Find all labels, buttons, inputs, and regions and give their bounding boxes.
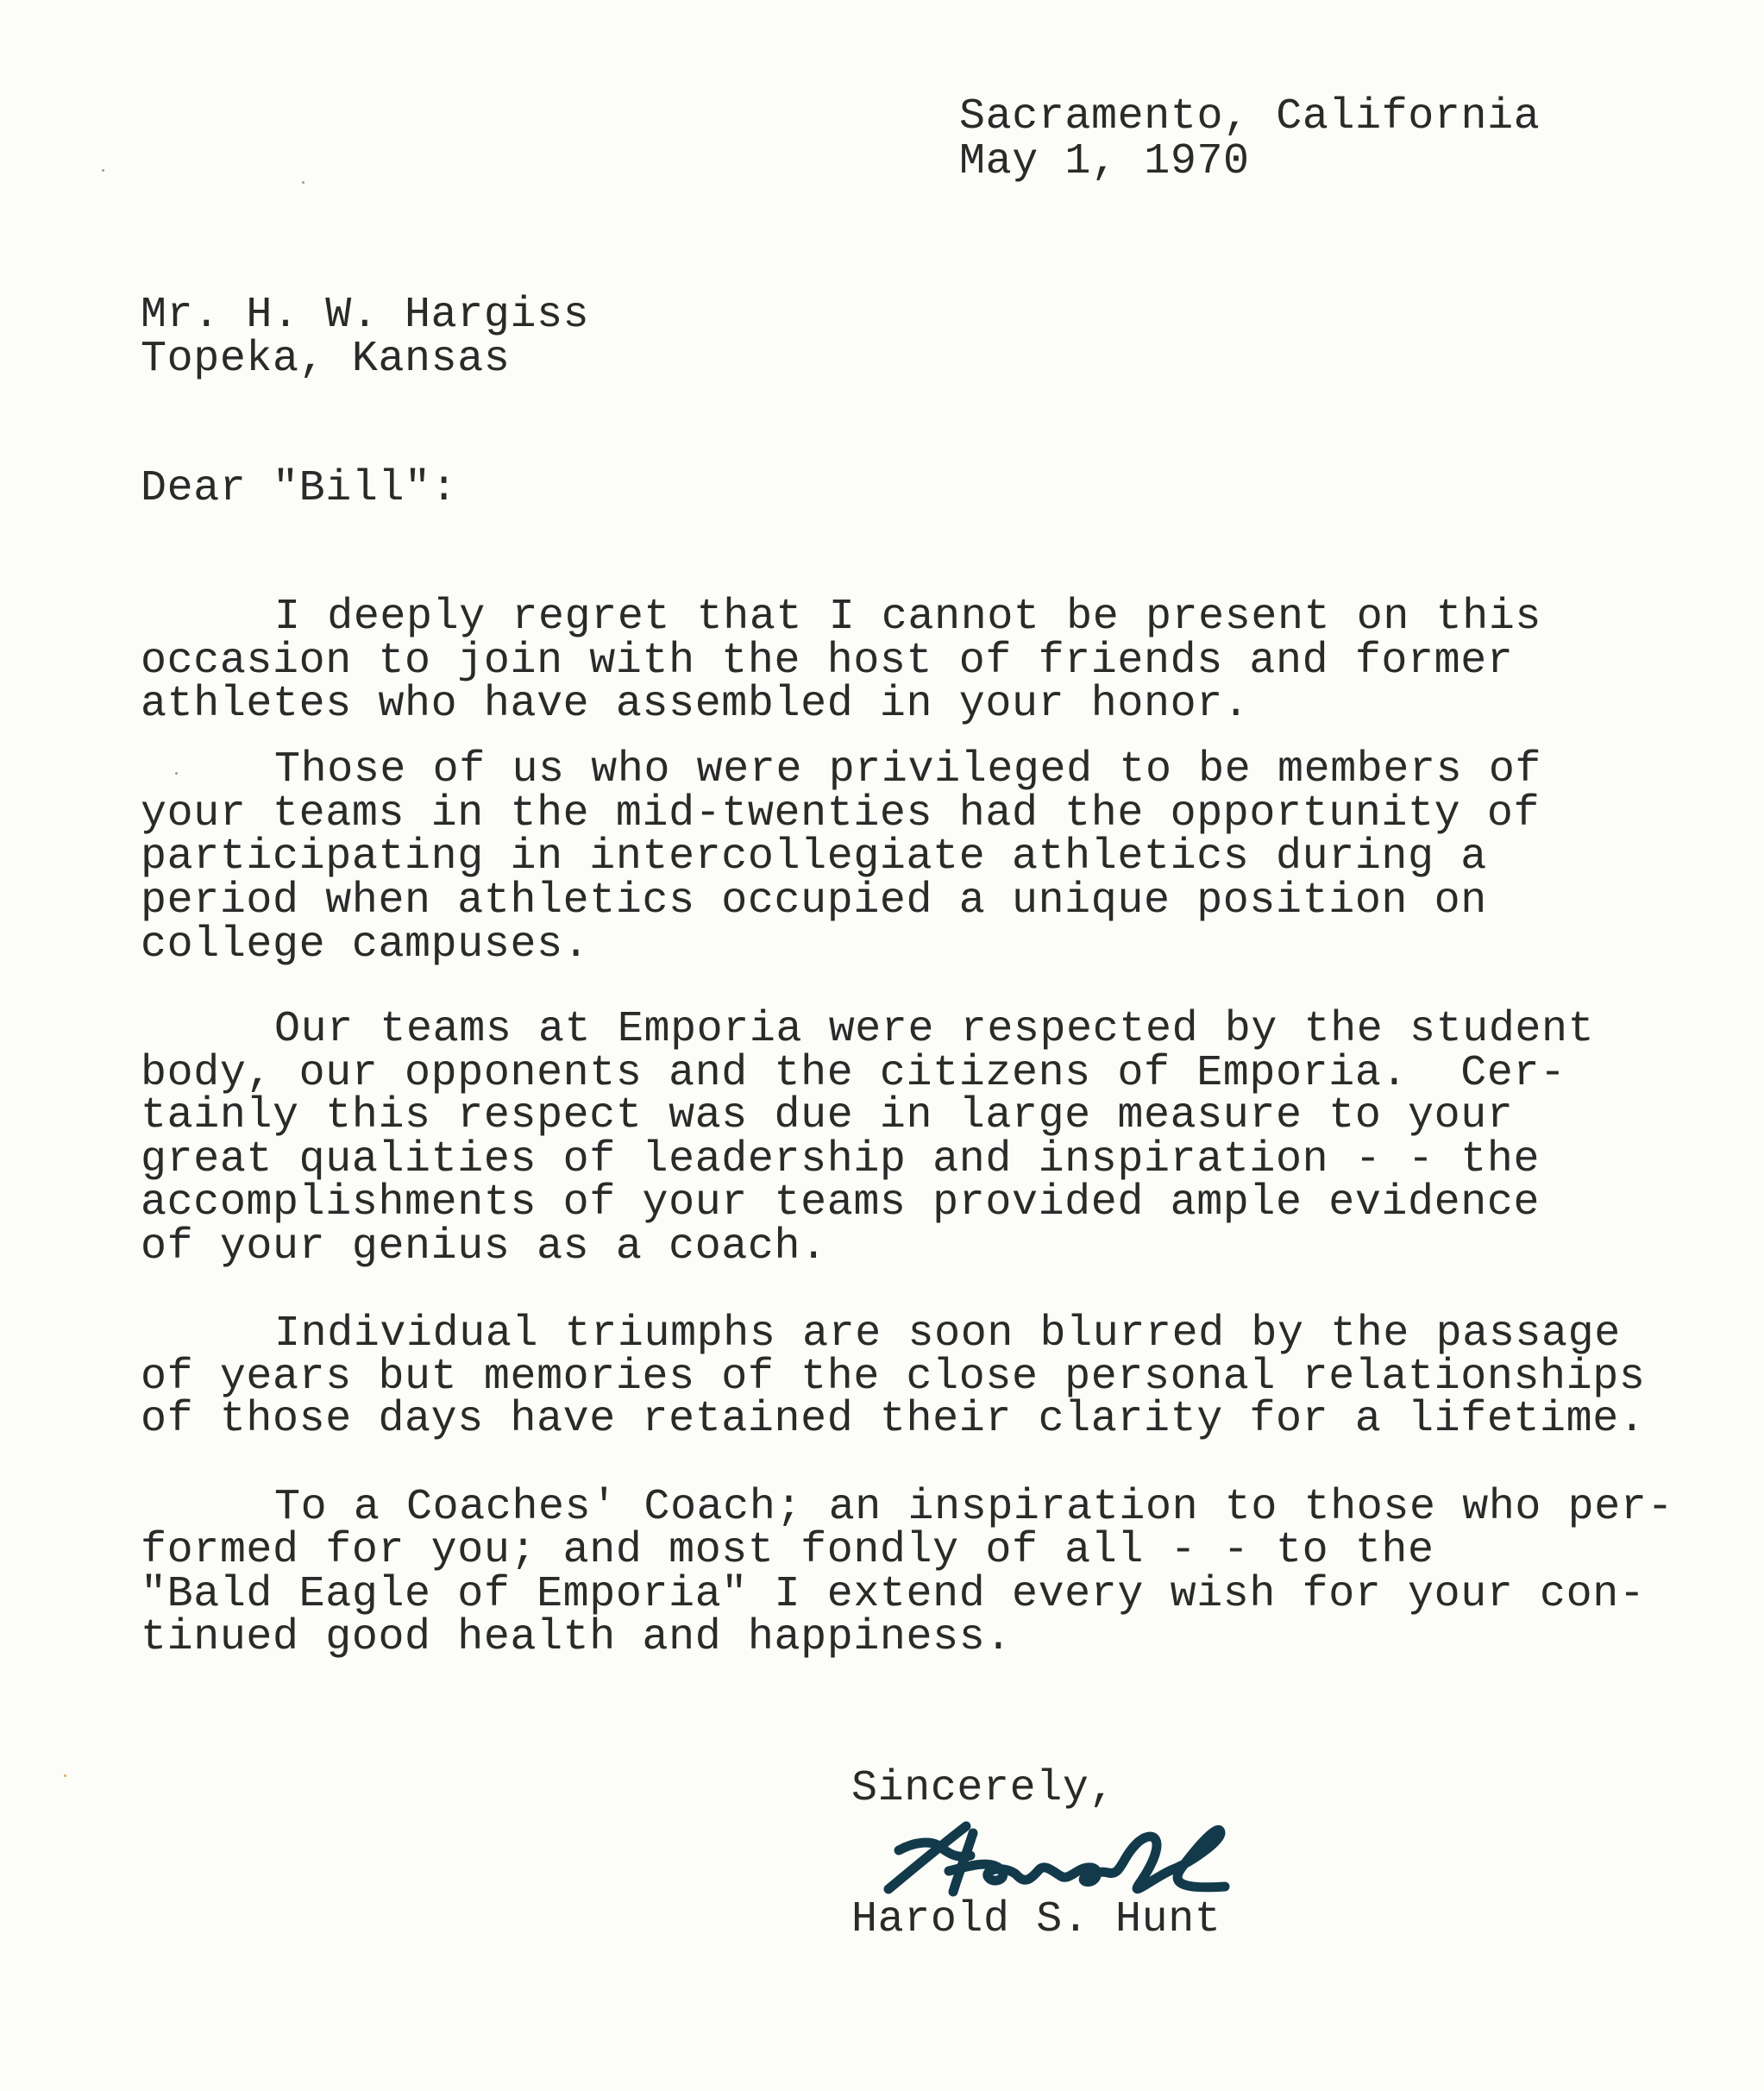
header-date: May 1, 1970: [959, 141, 1250, 184]
paragraph-3-line: body, our opponents and the citizens of …: [141, 1052, 1566, 1096]
paragraph-1-line: athletes who have assembled in your hono…: [141, 683, 1249, 726]
paragraph-4-line: Individual triumphs are soon blurred by …: [274, 1313, 1621, 1356]
paragraph-1-line: occasion to join with the host of friend…: [141, 640, 1513, 683]
paragraph-5-line: formed for you; and most fondly of all -…: [141, 1529, 1434, 1573]
paper-speck: [102, 169, 104, 172]
paragraph-2-line: period when athletics occupied a unique …: [141, 880, 1487, 923]
paragraph-3-line: great qualities of leadership and inspir…: [141, 1139, 1540, 1182]
paragraph-5-line: tinued good health and happiness.: [141, 1617, 1012, 1660]
paragraph-2-line: college campuses.: [141, 924, 589, 967]
paragraph-3-line: Our teams at Emporia were respected by t…: [274, 1008, 1594, 1052]
paragraph-4-line: of years but memories of the close perso…: [141, 1356, 1645, 1399]
paragraph-5-line: To a Coaches' Coach; an inspiration to t…: [274, 1486, 1673, 1529]
paragraph-3-line: tainly this respect was due in large mea…: [141, 1095, 1513, 1138]
paragraph-3-line: accomplishments of your teams provided a…: [141, 1182, 1540, 1225]
handwritten-signature: [880, 1816, 1242, 1902]
paragraph-5-line: "Bald Eagle of Emporia" I extend every w…: [141, 1573, 1645, 1617]
recipient-address: Topeka, Kansas: [141, 338, 510, 381]
paragraph-4-line: of those days have retained their clarit…: [141, 1398, 1645, 1441]
paragraph-2-line: participating in intercollegiate athleti…: [141, 836, 1487, 879]
paragraph-2-line: your teams in the mid-twenties had the o…: [141, 793, 1540, 836]
valediction: Sincerely,: [851, 1768, 1115, 1811]
paragraph-1-line: I deeply regret that I cannot be present…: [274, 596, 1541, 639]
paper-speck: [175, 772, 178, 775]
salutation: Dear "Bill":: [141, 468, 457, 511]
header-city: Sacramento, California: [959, 96, 1540, 139]
paragraph-3-line: of your genius as a coach.: [141, 1226, 827, 1269]
letter-page: Sacramento, California May 1, 1970 Mr. H…: [0, 0, 1764, 2091]
paragraph-2-line: Those of us who were privileged to be me…: [274, 749, 1541, 792]
paper-speck: [64, 1774, 66, 1777]
paper-speck: [302, 181, 304, 184]
typed-signature-name: Harold S. Hunt: [851, 1899, 1221, 1942]
recipient-name: Mr. H. W. Hargiss: [141, 294, 589, 337]
